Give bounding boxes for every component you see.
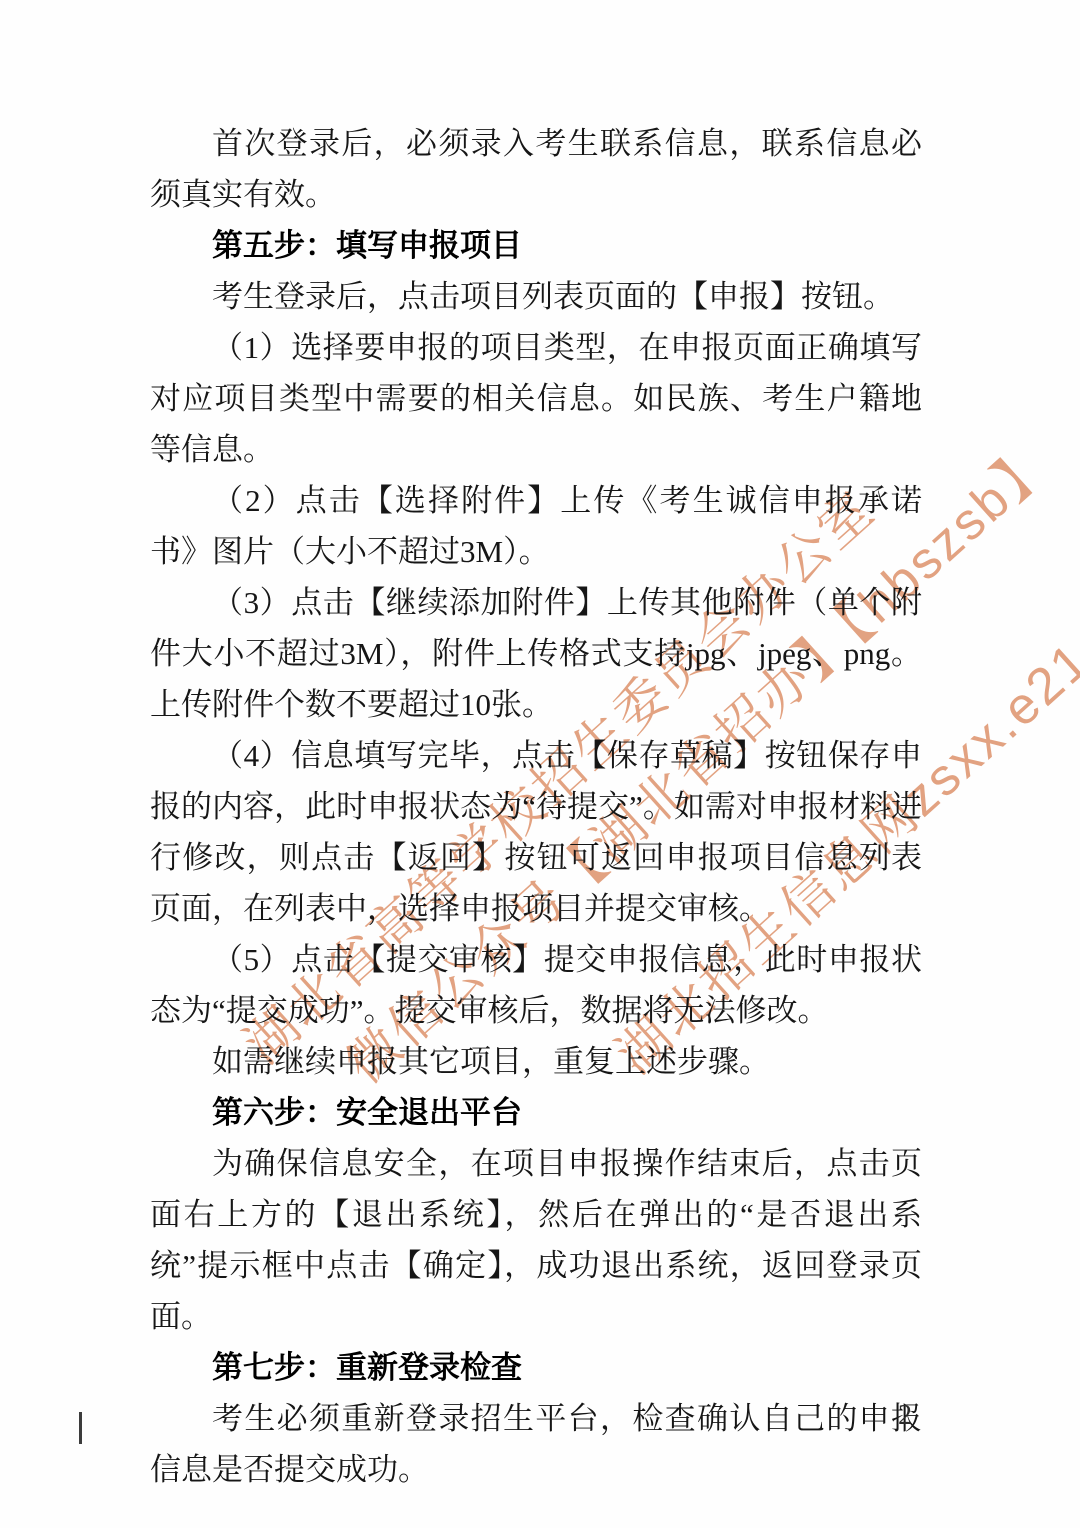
paragraph: 考生登录后，点击项目列表页面的【申报】按钮。 bbox=[150, 271, 922, 322]
paragraph: 首次登录后，必须录入考生联系信息，联系信息必须真实有效。 bbox=[150, 118, 922, 220]
paragraph: 如需继续申报其它项目，重复上述步骤。 bbox=[150, 1036, 922, 1087]
paragraph: 为确保信息安全，在项目申报操作结束后，点击页面右上方的【退出系统】，然后在弹出的… bbox=[150, 1138, 922, 1342]
paragraph: （3）点击【继续添加附件】上传其他附件（单个附件大小不超过3M），附件上传格式支… bbox=[150, 577, 922, 730]
section-heading-step5: 第五步：填写申报项目 bbox=[150, 220, 922, 271]
paragraph: （1）选择要申报的项目类型，在申报页面正确填写对应项目类型中需要的相关信息。如民… bbox=[150, 322, 922, 475]
page-number: 2 bbox=[898, 1400, 912, 1432]
document-body: 首次登录后，必须录入考生联系信息，联系信息必须真实有效。 第五步：填写申报项目 … bbox=[150, 118, 922, 1495]
paragraph: （5）点击【提交审核】提交申报信息，此时申报状态为“提交成功”。提交审核后，数据… bbox=[150, 934, 922, 1036]
paragraph: （2）点击【选择附件】上传《考生诚信申报承诺书》图片（大小不超过3M）。 bbox=[150, 475, 922, 577]
paragraph: （4）信息填写完毕，点击【保存草稿】按钮保存申报的内容，此时申报状态为“待提交”… bbox=[150, 730, 922, 934]
margin-mark bbox=[79, 1412, 82, 1444]
section-heading-step7: 第七步：重新登录检查 bbox=[150, 1342, 922, 1393]
paragraph: 考生必须重新登录招生平台，检查确认自己的申报信息是否提交成功。 bbox=[150, 1393, 922, 1495]
document-page: 湖北省高等学校招生委员会办公室 微信公众号【湖北省招办】【hbszsb】 湖北招… bbox=[0, 0, 1080, 1528]
section-heading-step6: 第六步：安全退出平台 bbox=[150, 1087, 922, 1138]
